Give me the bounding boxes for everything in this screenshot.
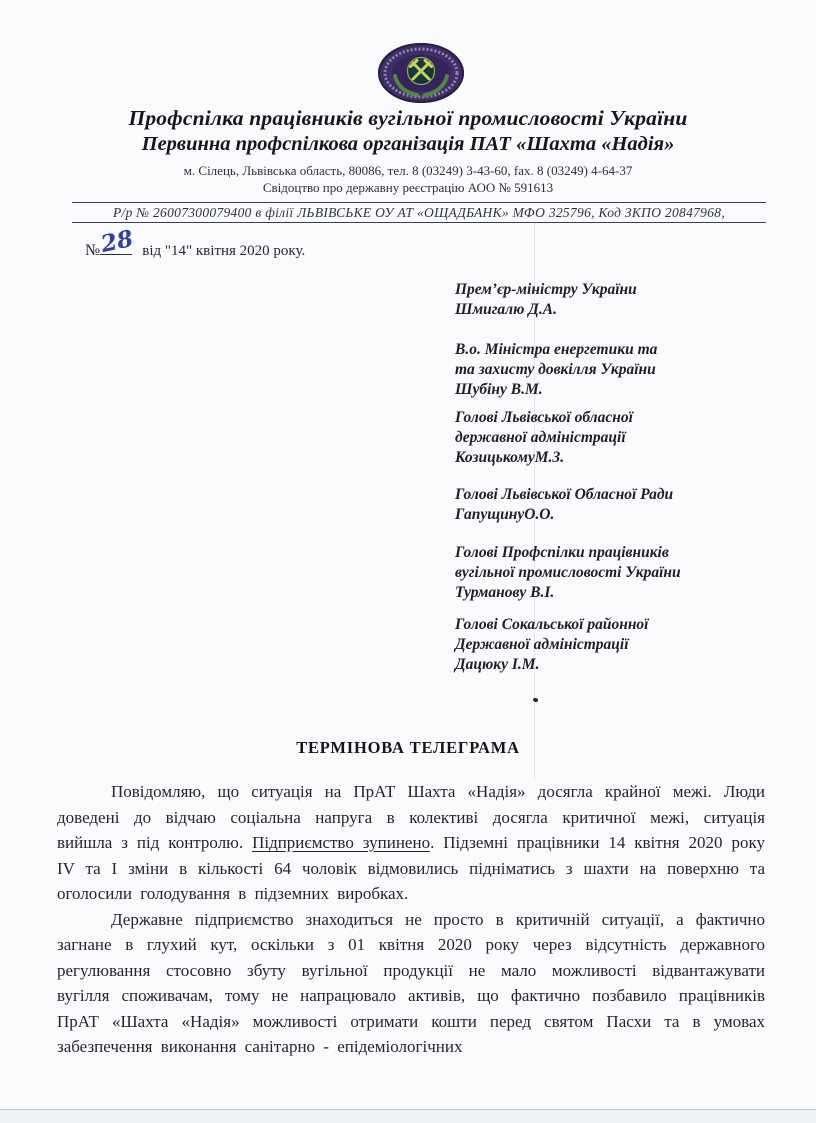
recipient-line: Голові Львівської Обласної Ради: [455, 485, 767, 505]
recipient-line: та захисту довкілля України: [455, 360, 767, 380]
recipient-line: Голові Львівської обласної: [455, 408, 767, 428]
recipient-lviv-oblast-council: Голові Львівської Обласної Ради Гапущину…: [455, 485, 767, 525]
recipient-line: Голові Сокальської районної: [455, 615, 767, 635]
miners-union-emblem-icon: [377, 42, 465, 104]
recipient-line: вугільної промисловості України: [455, 563, 767, 583]
recipient-line: Шмигалю Д.А.: [455, 300, 767, 320]
scan-edge-artifact: [0, 1109, 816, 1123]
recipient-line: державної адміністрації: [455, 428, 767, 448]
recipient-line: Турманову В.І.: [455, 583, 767, 603]
recipient-line: КозицькомуМ.З.: [455, 448, 767, 468]
recipient-lviv-oblast-administration: Голові Львівської обласної державної адм…: [455, 408, 767, 468]
recipient-line: В.о. Міністра енергетики та: [455, 340, 767, 360]
scanned-letter-page: Профспілка працівників вугільної промисл…: [0, 0, 816, 1123]
bank-details-text: Р/р № 26007300079400 в філії ЛЬВІВСЬКЕ О…: [72, 203, 766, 223]
recipient-union-head: Голові Профспілки працівників вугільної …: [455, 543, 767, 603]
recipient-line: Дацюку І.М.: [455, 655, 767, 675]
letter-body: Повідомляю, що ситуація на ПрАТ Шахта «Н…: [57, 779, 765, 1060]
org-name-line2: Первинна профспілкова організація ПАТ «Ш…: [0, 133, 816, 156]
document-title: ТЕРМІНОВА ТЕЛЕГРАМА: [0, 738, 816, 758]
paragraph-1-underlined-text: Підприємство зупинено: [252, 833, 430, 852]
handwritten-number: 28: [99, 225, 136, 258]
recipient-line: Прем’єр-міністру України: [455, 280, 767, 300]
number-sign: №: [85, 242, 100, 259]
recipient-line: Державної адміністрації: [455, 635, 767, 655]
recipient-prime-minister: Прем’єр-міністру України Шмигалю Д.А.: [455, 280, 767, 320]
recipient-line: Шубіну В.М.: [455, 380, 767, 400]
bank-details-rule: Р/р № 26007300079400 в філії ЛЬВІВСЬКЕ О…: [72, 202, 766, 223]
recipient-line: Голові Профспілки працівників: [455, 543, 767, 563]
recipient-sokal-district-administration: Голові Сокальської районної Державної ад…: [455, 615, 767, 675]
number-blank-line: 28: [100, 238, 132, 255]
org-registration: Свідоцтво про державну реєстрацію АОО № …: [0, 180, 816, 196]
org-address: м. Сілець, Львівська область, 80086, тел…: [0, 163, 816, 179]
org-name-line1: Профспілка працівників вугільної промисл…: [0, 106, 816, 131]
recipient-line: ГапущинуО.О.: [455, 505, 767, 525]
date-text: від "14" квітня 2020 року.: [142, 243, 305, 259]
paragraph-2: Державне підприємство знаходиться не про…: [57, 907, 765, 1060]
paragraph-1: Повідомляю, що ситуація на ПрАТ Шахта «Н…: [57, 779, 765, 907]
recipient-energy-minister: В.о. Міністра енергетики та та захисту д…: [455, 340, 767, 400]
reference-line: №28від "14" квітня 2020 року.: [85, 238, 305, 260]
